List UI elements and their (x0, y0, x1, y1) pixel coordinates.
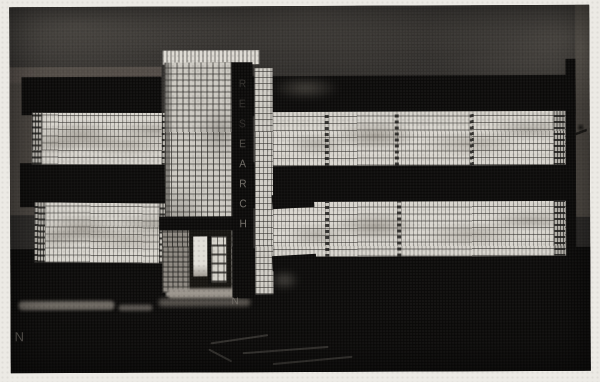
sign-letter: S (239, 114, 246, 134)
entrance-canopy (159, 216, 233, 230)
left-wing-parapet (22, 77, 162, 116)
window-mullion (470, 111, 474, 165)
halftone-smudge (34, 202, 171, 263)
branch-silhouette (575, 121, 587, 143)
light-haze (259, 72, 351, 104)
entrance-doorway (189, 230, 231, 294)
glass-block-end-rows (554, 111, 565, 165)
door-glass-panel (193, 236, 207, 276)
sign-letter: E (239, 94, 246, 114)
door-glass-panel (211, 236, 226, 282)
corner-light-glow (264, 266, 304, 294)
print-artifact-letter: N (231, 296, 238, 307)
right-wing-lower-window-band (273, 201, 566, 257)
halftone-smudge (273, 201, 566, 257)
window-mullion (395, 112, 399, 166)
vertical-sign-letters: R E S E A R C H (233, 74, 251, 238)
building-right-edge-shadow (565, 59, 576, 257)
perspective-shadow-wedge (272, 193, 315, 209)
sign-letter: H (239, 214, 246, 234)
newsprint-page: R E S E A R C H N N (0, 0, 600, 382)
sign-letter: C (239, 194, 246, 214)
glass-block-end-rows (554, 201, 565, 256)
sign-letter: A (239, 154, 246, 174)
left-wing-upper-window-band (32, 113, 172, 165)
sidewalk-light-streak (119, 305, 153, 311)
sign-letter: R (239, 174, 246, 194)
halftone-smudge (273, 111, 566, 166)
left-wing-lower-window-band (34, 202, 171, 263)
print-artifact-letter: N (15, 329, 24, 344)
window-mullion (325, 202, 329, 257)
entrance-steps-highlight (167, 288, 239, 298)
building-night-photograph: R E S E A R C H N N (9, 5, 591, 374)
window-mullion (397, 202, 401, 257)
left-wing-spandrel (20, 163, 168, 208)
sign-letter: E (239, 134, 246, 154)
window-mullion (325, 112, 329, 166)
sign-letter: R (238, 74, 245, 94)
sidewalk-light-streak (18, 301, 114, 310)
right-wing-upper-window-band (273, 111, 566, 166)
halftone-smudge (32, 113, 172, 165)
sky-right-of-building (575, 5, 590, 217)
entrance-sidelight-glass (162, 230, 189, 292)
